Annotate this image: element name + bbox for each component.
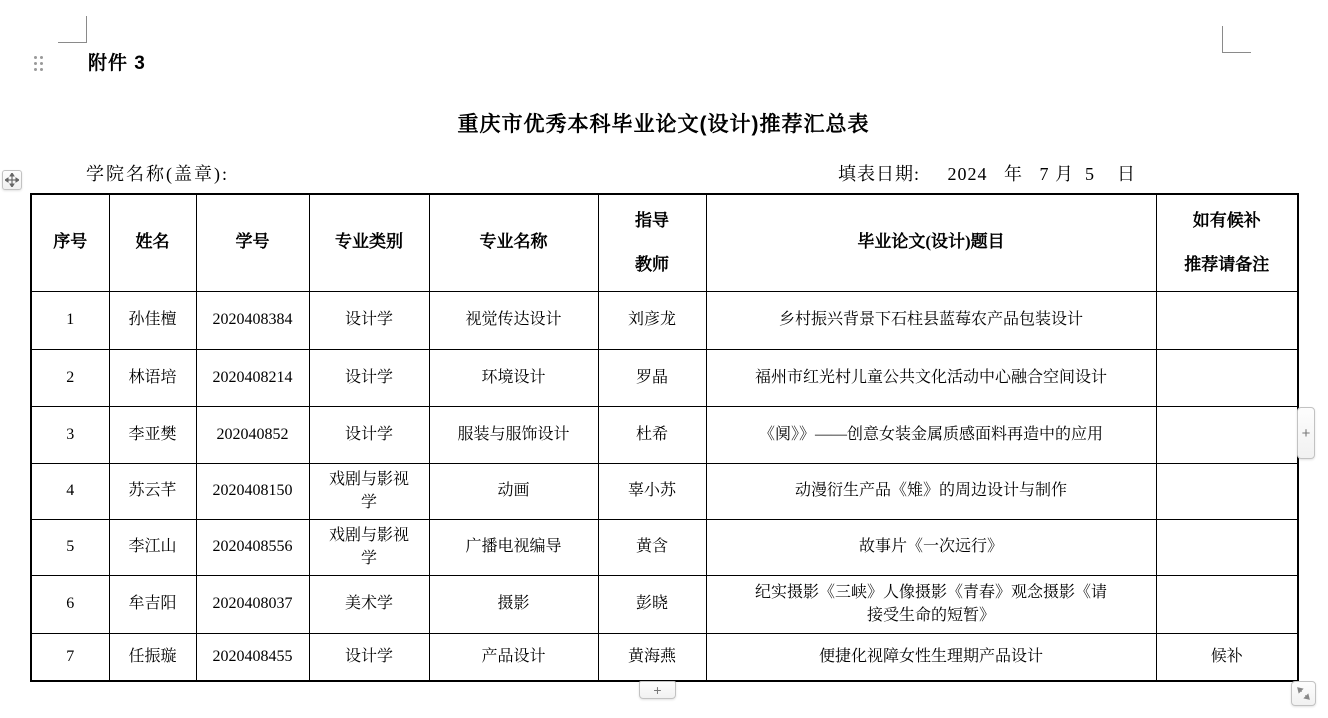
page-title: 重庆市优秀本科毕业论文(设计)推荐汇总表 xyxy=(30,108,1297,138)
cell-major: 环境设计 xyxy=(429,349,598,406)
cell-name: 李亚樊 xyxy=(109,406,196,463)
document-page: 附件 3 重庆市优秀本科毕业论文(设计)推荐汇总表 学院名称(盖章): 填表日期… xyxy=(0,0,1328,718)
cell-note xyxy=(1156,291,1298,349)
cell-thesis-title: 便捷化视障女性生理期产品设计 xyxy=(706,633,1156,681)
cell-category: 设计学 xyxy=(309,633,429,681)
cell-category: 戏剧与影视学 xyxy=(309,463,429,519)
cell-no: 6 xyxy=(31,575,109,633)
cell-no: 2 xyxy=(31,349,109,406)
cell-student-id: 2020408037 xyxy=(196,575,309,633)
cell-advisor: 杜希 xyxy=(598,406,706,463)
cell-category: 设计学 xyxy=(309,406,429,463)
cell-note xyxy=(1156,519,1298,575)
table-row: 5 李江山 2020408556 戏剧与影视学 广播电视编导 黄含 故事片《一次… xyxy=(31,519,1298,575)
cell-advisor: 罗晶 xyxy=(598,349,706,406)
cell-major: 产品设计 xyxy=(429,633,598,681)
cell-thesis-title: 《阒》》——创意女装金属质感面料再造中的应用 xyxy=(706,406,1156,463)
cell-student-id: 2020408384 xyxy=(196,291,309,349)
cell-category: 戏剧与影视学 xyxy=(309,519,429,575)
move-cross-icon xyxy=(5,173,19,187)
header-note: 如有候补 推荐请备注 xyxy=(1156,194,1298,291)
table-row: 2 林语培 2020408214 设计学 环境设计 罗晶 福州市红光村儿童公共文… xyxy=(31,349,1298,406)
cell-major: 视觉传达设计 xyxy=(429,291,598,349)
summary-table: 序号 姓名 学号 专业类别 专业名称 指导 教师 毕业论文(设计)题目 如有候补… xyxy=(30,193,1299,682)
header-student-id: 学号 xyxy=(196,194,309,291)
cell-student-id: 2020408214 xyxy=(196,349,309,406)
table-row: 1 孙佳檀 2020408384 设计学 视觉传达设计 刘彦龙 乡村振兴背景下石… xyxy=(31,291,1298,349)
plus-icon: + xyxy=(1302,425,1311,442)
header-thesis-title: 毕业论文(设计)题目 xyxy=(706,194,1156,291)
page-margin-mark-top-left xyxy=(58,16,87,43)
cell-name: 李江山 xyxy=(109,519,196,575)
cell-student-id: 2020408150 xyxy=(196,463,309,519)
insert-column-button[interactable]: + xyxy=(1297,407,1315,459)
cell-student-id: 2020408455 xyxy=(196,633,309,681)
cell-student-id: 2020408556 xyxy=(196,519,309,575)
cell-name: 牟吉阳 xyxy=(109,575,196,633)
cell-name: 苏云芊 xyxy=(109,463,196,519)
cell-major: 动画 xyxy=(429,463,598,519)
cell-name: 任振璇 xyxy=(109,633,196,681)
header-major: 专业名称 xyxy=(429,194,598,291)
cell-advisor: 黄含 xyxy=(598,519,706,575)
college-name-label: 学院名称(盖章): xyxy=(86,160,229,186)
cell-note xyxy=(1156,575,1298,633)
cell-no: 7 xyxy=(31,633,109,681)
header-name: 姓名 xyxy=(109,194,196,291)
cell-major: 服装与服饰设计 xyxy=(429,406,598,463)
cell-no: 1 xyxy=(31,291,109,349)
cell-thesis-title: 动漫衍生产品《雉》的周边设计与制作 xyxy=(706,463,1156,519)
cell-major: 广播电视编导 xyxy=(429,519,598,575)
cell-advisor: 彭晓 xyxy=(598,575,706,633)
insert-row-button[interactable]: + xyxy=(639,681,676,699)
cell-major: 摄影 xyxy=(429,575,598,633)
cell-student-id: 202040852 xyxy=(196,406,309,463)
cell-advisor: 黄海燕 xyxy=(598,633,706,681)
header-category: 专业类别 xyxy=(309,194,429,291)
table-move-handle[interactable] xyxy=(2,170,22,190)
cell-name: 孙佳檀 xyxy=(109,291,196,349)
table-row: 7 任振璇 2020408455 设计学 产品设计 黄海燕 便捷化视障女性生理期… xyxy=(31,633,1298,681)
table-resize-handle[interactable] xyxy=(1291,681,1316,706)
page-margin-mark-top-right xyxy=(1222,26,1251,53)
cell-no: 3 xyxy=(31,406,109,463)
plus-icon: + xyxy=(653,682,661,698)
cell-name: 林语培 xyxy=(109,349,196,406)
paragraph-drag-handle-icon[interactable] xyxy=(34,56,45,74)
table-row: 4 苏云芊 2020408150 戏剧与影视学 动画 辜小苏 动漫衍生产品《雉》… xyxy=(31,463,1298,519)
cell-note xyxy=(1156,463,1298,519)
cell-no: 5 xyxy=(31,519,109,575)
cell-no: 4 xyxy=(31,463,109,519)
cell-note xyxy=(1156,406,1298,463)
cell-note xyxy=(1156,349,1298,406)
cell-thesis-title: 乡村振兴背景下石柱县蓝莓农产品包装设计 xyxy=(706,291,1156,349)
header-advisor: 指导 教师 xyxy=(598,194,706,291)
fill-date-label: 填表日期: 2024 年 7 月 5 日 xyxy=(838,160,1136,186)
table-header-row: 序号 姓名 学号 专业类别 专业名称 指导 教师 毕业论文(设计)题目 如有候补… xyxy=(31,194,1298,291)
cell-category: 美术学 xyxy=(309,575,429,633)
cell-thesis-title: 纪实摄影《三峡》人像摄影《青春》观念摄影《请接受生命的短暂》 xyxy=(706,575,1156,633)
cell-thesis-title: 福州市红光村儿童公共文化活动中心融合空间设计 xyxy=(706,349,1156,406)
cell-category: 设计学 xyxy=(309,291,429,349)
attachment-label: 附件 3 xyxy=(88,48,146,75)
cell-advisor: 刘彦龙 xyxy=(598,291,706,349)
cell-category: 设计学 xyxy=(309,349,429,406)
cell-thesis-title: 故事片《一次远行》 xyxy=(706,519,1156,575)
cell-advisor: 辜小苏 xyxy=(598,463,706,519)
header-no: 序号 xyxy=(31,194,109,291)
table-row: 6 牟吉阳 2020408037 美术学 摄影 彭晓 纪实摄影《三峡》人像摄影《… xyxy=(31,575,1298,633)
diagonal-resize-icon xyxy=(1296,686,1311,701)
cell-note: 候补 xyxy=(1156,633,1298,681)
table-row: 3 李亚樊 202040852 设计学 服装与服饰设计 杜希 《阒》》——创意女… xyxy=(31,406,1298,463)
